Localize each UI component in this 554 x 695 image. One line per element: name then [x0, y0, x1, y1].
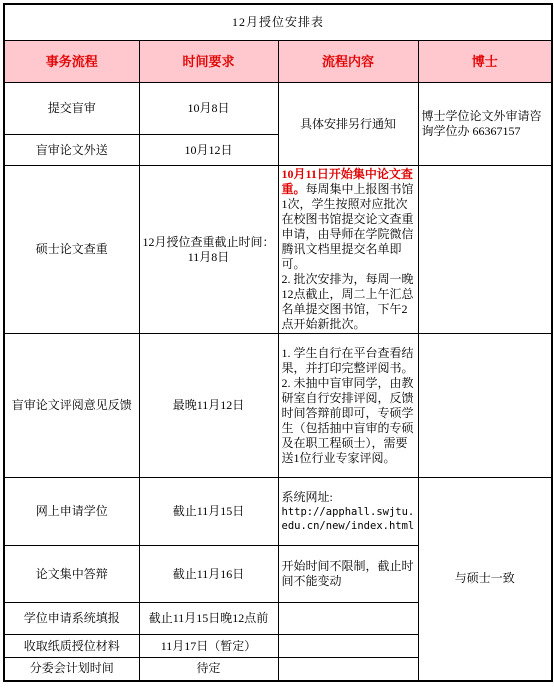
content-cell-plagiarism: 10月11日开始集中论文查重。每周集中上报图书馆1次，学生按照对应批次在校图书馆…: [278, 166, 418, 334]
column-header-doctor: 博士: [418, 41, 552, 83]
time-cell: 截止11月15日晚12点前: [139, 603, 278, 635]
process-cell: 收取纸质授位材料: [4, 635, 139, 658]
december-degree-schedule-table: 12月授位安排表 事务流程 时间要求 流程内容 博士 提交盲审 10月8日 具体…: [3, 3, 553, 682]
system-url-label: 系统网址:: [282, 490, 415, 505]
doctor-same-as-master-cell: 与硕士一致: [418, 478, 552, 681]
process-cell: 分委会计划时间: [4, 658, 139, 681]
process-cell: 盲审论文外送: [4, 135, 139, 166]
process-cell: 论文集中答辩: [4, 546, 139, 603]
title-row: 12月授位安排表: [4, 4, 552, 41]
content-cell-system-url: 系统网址: http://apphall.swjtu.edu.cn/new/in…: [278, 478, 418, 546]
column-header-content: 流程内容: [278, 41, 418, 83]
time-cell: 10月12日: [139, 135, 278, 166]
process-cell: 网上申请学位: [4, 478, 139, 546]
table-row-plagiarism-check: 硕士论文查重 12月授位查重截止时间：11月8日 10月11日开始集中论文查重。…: [4, 166, 552, 334]
time-cell: 待定: [139, 658, 278, 681]
empty-cell: [278, 658, 418, 681]
content-cell-defense: 开始时间不限制，截止时间不能变动: [278, 546, 418, 603]
table-header-row: 事务流程 时间要求 流程内容 博士: [4, 41, 552, 83]
time-cell: 10月8日: [139, 83, 278, 135]
empty-cell: [418, 166, 552, 334]
empty-cell: [278, 603, 418, 635]
empty-cell: [418, 334, 552, 478]
time-cell: 截止11月16日: [139, 546, 278, 603]
table-row-online-apply: 网上申请学位 截止11月15日 系统网址: http://apphall.swj…: [4, 478, 552, 546]
page-title: 12月授位安排表: [4, 4, 552, 41]
table-row-submit-blind-review: 提交盲审 10月8日 具体安排另行通知 博士学位论文外审请咨询学位办 66367…: [4, 83, 552, 135]
feedback-text-2: 2. 未抽中盲审同学，由教研室自行安排评阅，反馈时间答辩前即可，专硕学生（包括抽…: [282, 376, 415, 466]
plagiarism-paragraph-1: 10月11日开始集中论文查重。每周集中上报图书馆1次，学生按照对应批次在校图书馆…: [282, 167, 415, 272]
content-cell-notice: 具体安排另行通知: [278, 83, 418, 166]
content-cell-feedback: 1. 学生自行在平台查看结果，并打印完整评阅书。 2. 未抽中盲审同学，由教研室…: [278, 334, 418, 478]
time-cell: 11月17日（暂定）: [139, 635, 278, 658]
process-cell: 硕士论文查重: [4, 166, 139, 334]
plagiarism-text-2: 2. 批次安排为，每周一晚12点截止，周二上午汇总名单提交图书馆，下午2点开始新…: [282, 272, 415, 332]
process-cell: 学位申请系统填报: [4, 603, 139, 635]
process-cell: 提交盲审: [4, 83, 139, 135]
table-row-review-feedback: 盲审论文评阅意见反馈 最晚11月12日 1. 学生自行在平台查看结果，并打印完整…: [4, 334, 552, 478]
process-cell: 盲审论文评阅意见反馈: [4, 334, 139, 478]
time-cell: 截止11月15日: [139, 478, 278, 546]
doctor-contact-cell: 博士学位论文外审请咨询学位办 66367157: [418, 83, 552, 166]
system-url: http://apphall.swjtu.edu.cn/new/index.ht…: [282, 505, 415, 533]
empty-cell: [278, 635, 418, 658]
time-cell: 最晚11月12日: [139, 334, 278, 478]
time-cell: 12月授位查重截止时间：11月8日: [139, 166, 278, 334]
spreadsheet-area: 12月授位安排表 事务流程 时间要求 流程内容 博士 提交盲审 10月8日 具体…: [3, 3, 551, 682]
column-header-time: 时间要求: [139, 41, 278, 83]
column-header-process: 事务流程: [4, 41, 139, 83]
feedback-text-1: 1. 学生自行在平台查看结果，并打印完整评阅书。: [282, 346, 415, 376]
